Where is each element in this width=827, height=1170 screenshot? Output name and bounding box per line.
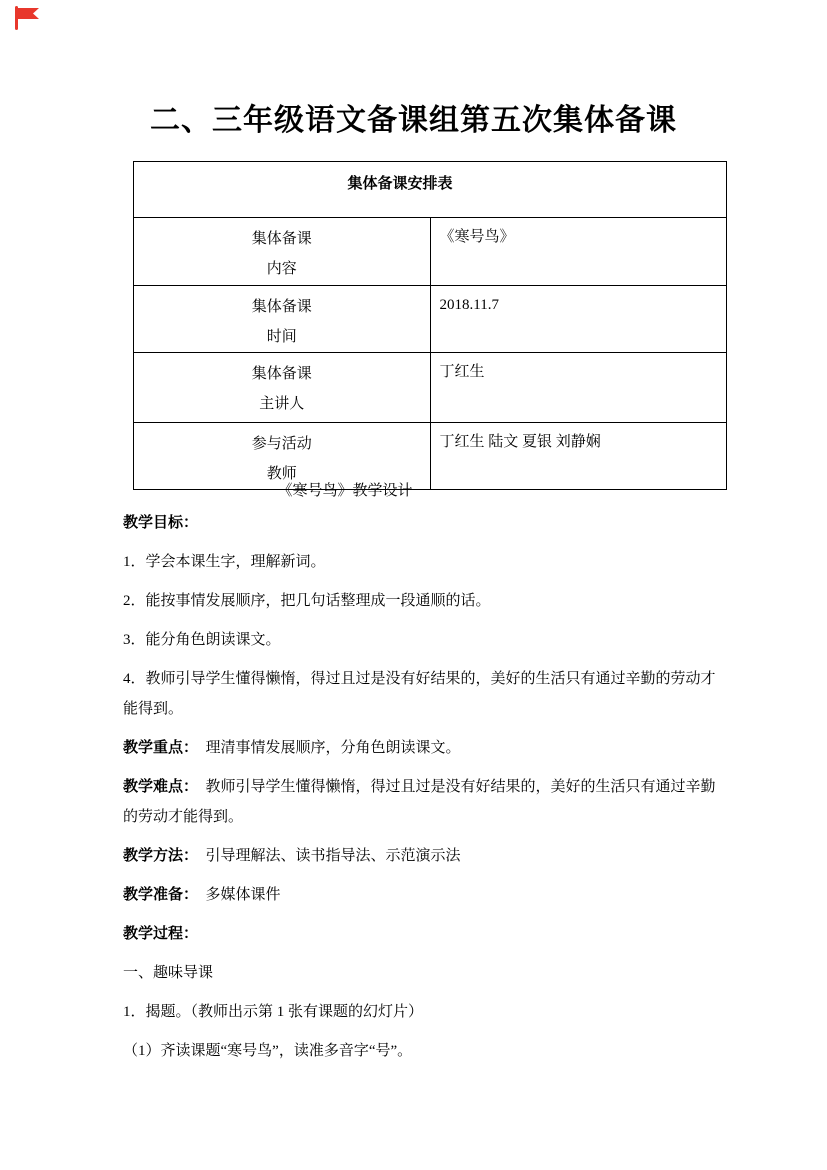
goal-item-3: 3．能分角色朗读课文。 — [123, 625, 763, 655]
section-label: 教学准备： — [123, 887, 191, 903]
section-label: 教学难点： — [123, 779, 191, 795]
row-label-line1: 集体备课 — [134, 359, 430, 389]
section-heading-goals: 教学目标： — [123, 508, 763, 538]
schedule-table: 集体备课安排表 集体备课 内容 《寒号鸟》 集体备课 时间 2018.11.7 … — [133, 161, 727, 490]
row-label: 集体备课 内容 — [134, 218, 431, 286]
row-label-line2: 主讲人 — [134, 389, 430, 419]
section-label: 教学方法： — [123, 848, 191, 864]
paragraph-text: 2．能按事情发展顺序，把几句话整理成一段通顺的话。 — [123, 593, 491, 609]
document-subtitle: 《寒号鸟》教学设计 — [0, 479, 690, 500]
paragraph-text: 的劳动才能得到。 — [123, 809, 243, 825]
section-label: 教学目标： — [123, 515, 198, 531]
goal-item-1: 1．学会本课生字，理解新词。 — [123, 547, 763, 577]
section-difficulties: 教学难点： 教师引导学生懂得懒惰，得过且过是没有好结果的，美好的生活只有通过辛勤… — [123, 772, 763, 832]
row-label-line2: 时间 — [134, 322, 430, 352]
section-label: 教学过程： — [123, 926, 198, 942]
paragraph-text: 能得到。 — [123, 701, 183, 717]
section-label: 教学重点： — [123, 740, 191, 756]
section-process: 教学过程： — [123, 919, 763, 949]
process-step-intro: 一、趣味导课 — [123, 958, 763, 988]
paragraph-text: 理清事情发展顺序，分角色朗读课文。 — [191, 740, 461, 756]
section-preparation: 教学准备： 多媒体课件 — [123, 880, 763, 910]
table-header-row: 集体备课安排表 — [134, 162, 727, 218]
row-label: 集体备课 主讲人 — [134, 353, 431, 423]
paragraph-text: 一、趣味导课 — [123, 965, 213, 981]
paragraph-text: 教师引导学生懂得懒惰，得过且过是没有好结果的，美好的生活只有通过辛勤 — [191, 779, 716, 795]
row-value: 丁红生 — [430, 353, 727, 423]
table-row-content: 集体备课 内容 《寒号鸟》 — [134, 218, 727, 286]
table-row-speaker: 集体备课 主讲人 丁红生 — [134, 353, 727, 423]
table-title: 集体备课安排表 — [134, 162, 727, 218]
row-label-line2: 内容 — [134, 254, 430, 284]
row-label-line1: 集体备课 — [134, 224, 430, 254]
lesson-plan-body: 教学目标： 1．学会本课生字，理解新词。 2．能按事情发展顺序，把几句话整理成一… — [123, 508, 763, 1075]
goal-item-4: 4．教师引导学生懂得懒惰，得过且过是没有好结果的，美好的生活只有通过辛勤的劳动才… — [123, 664, 763, 724]
process-step-reveal-title: 1．揭题。（教师出示第 1 张有课题的幻灯片） — [123, 997, 763, 1027]
table-row-time: 集体备课 时间 2018.11.7 — [134, 286, 727, 353]
row-label: 集体备课 时间 — [134, 286, 431, 353]
row-label-line1: 参与活动 — [134, 429, 430, 459]
paragraph-text: 4．教师引导学生懂得懒惰，得过且过是没有好结果的，美好的生活只有通过辛勤的劳动才 — [123, 671, 716, 687]
paragraph-text: 3．能分角色朗读课文。 — [123, 632, 281, 648]
row-label-line1: 集体备课 — [134, 292, 430, 322]
paragraph-text: 引导理解法、读书指导法、示范演示法 — [191, 848, 461, 864]
section-key-points: 教学重点： 理清事情发展顺序，分角色朗读课文。 — [123, 733, 763, 763]
paragraph-text: 多媒体课件 — [191, 887, 281, 903]
goal-item-2: 2．能按事情发展顺序，把几句话整理成一段通顺的话。 — [123, 586, 763, 616]
row-value: 《寒号鸟》 — [430, 218, 727, 286]
process-step-read-title: （1）齐读课题“寒号鸟”，读准多音字“号”。 — [123, 1036, 763, 1066]
row-value: 2018.11.7 — [430, 286, 727, 353]
paragraph-text: 1．学会本课生字，理解新词。 — [123, 554, 326, 570]
paragraph-text: 1．揭题。（教师出示第 1 张有课题的幻灯片） — [123, 1004, 423, 1020]
section-methods: 教学方法： 引导理解法、读书指导法、示范演示法 — [123, 841, 763, 871]
red-flag-icon — [13, 6, 41, 30]
document-page: 二、三年级语文备课组第五次集体备课 集体备课安排表 集体备课 内容 《寒号鸟》 … — [0, 0, 827, 1170]
paragraph-text: （1）齐读课题“寒号鸟”，读准多音字“号”。 — [123, 1043, 412, 1059]
document-title: 二、三年级语文备课组第五次集体备课 — [0, 95, 827, 139]
